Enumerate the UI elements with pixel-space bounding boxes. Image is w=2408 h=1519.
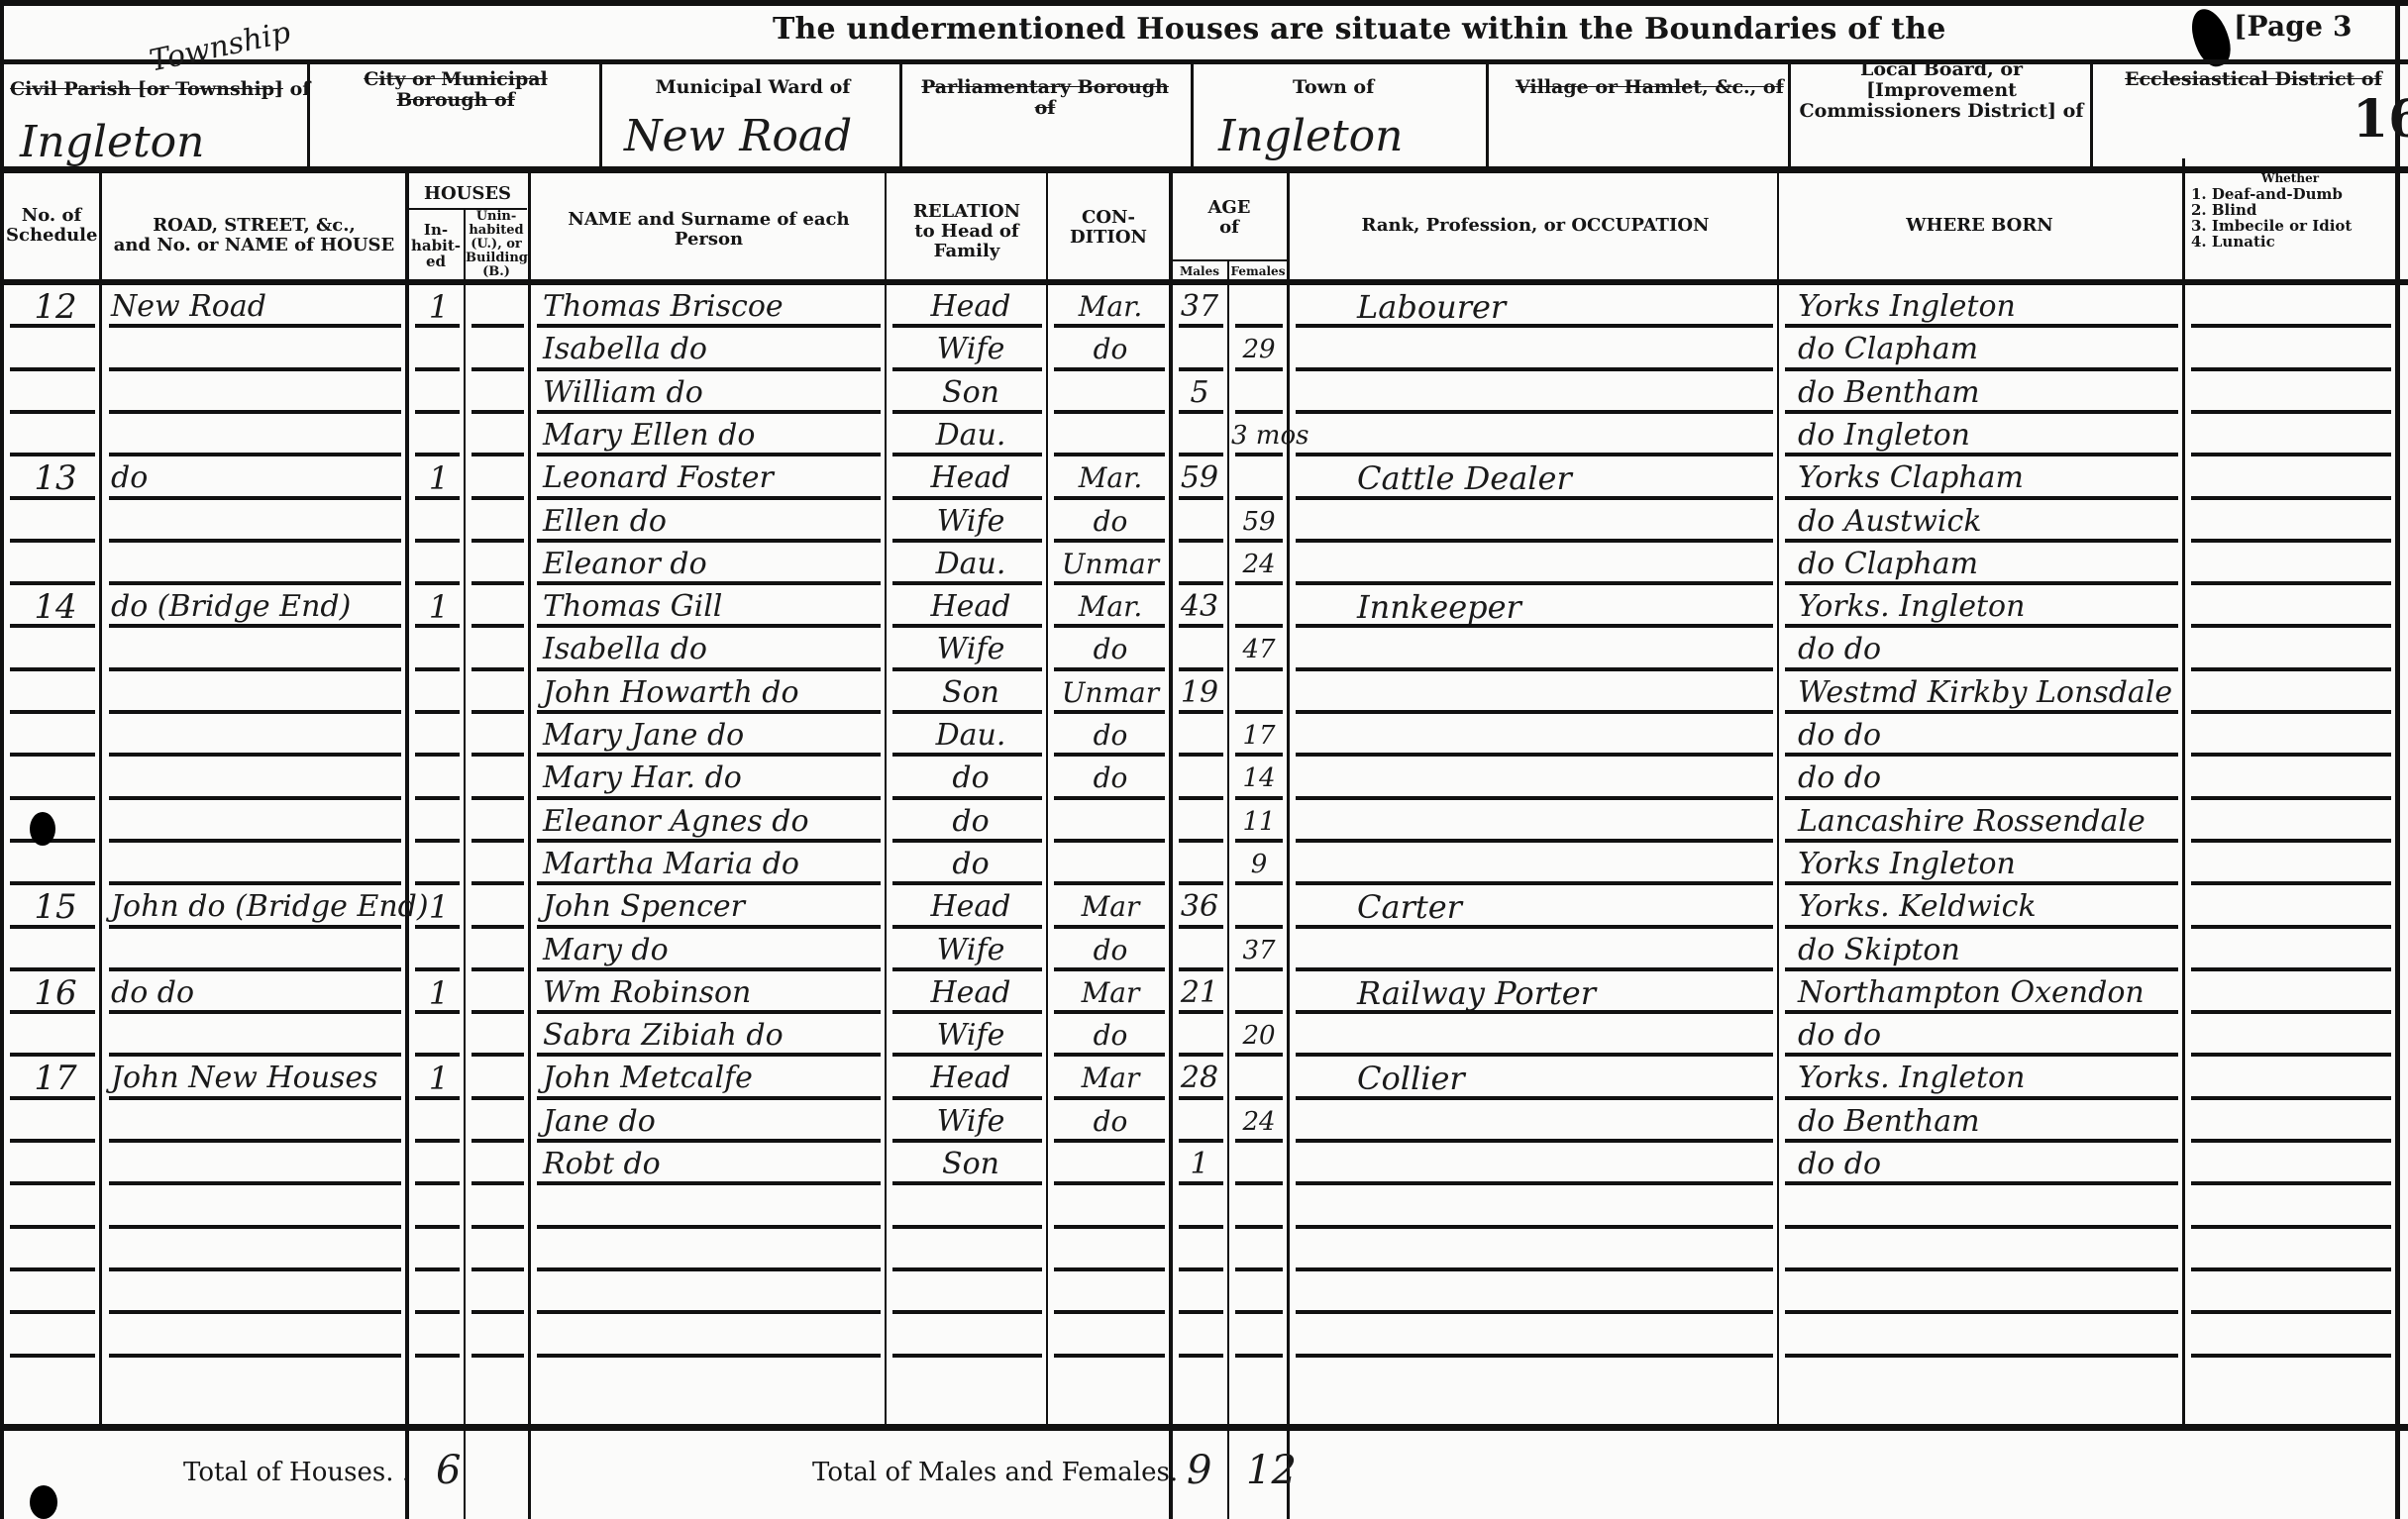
cell-female-age: 14 bbox=[1231, 759, 1287, 798]
cell-relation: Wife bbox=[896, 1102, 1045, 1142]
col-header-inhabited: In-habit-ed bbox=[408, 222, 464, 269]
row-rule bbox=[415, 710, 460, 714]
row-rule bbox=[415, 1053, 460, 1057]
row-rule bbox=[109, 1181, 401, 1185]
cell-name: Mary do bbox=[543, 931, 885, 970]
row-rule bbox=[1054, 925, 1165, 929]
cell-born: Westmd Kirkby Lonsdale bbox=[1798, 673, 2179, 713]
row-rule bbox=[10, 925, 95, 929]
row-rule bbox=[2191, 624, 2391, 628]
cell-born: do Clapham bbox=[1798, 330, 2179, 369]
col-header-houses: HOUSES bbox=[408, 184, 527, 204]
row-rule bbox=[1054, 1310, 1165, 1314]
col-header-road: ROAD, STREET, &c.,and No. or NAME of HOU… bbox=[103, 216, 405, 255]
row-rule bbox=[471, 539, 524, 543]
row-rule bbox=[10, 1139, 95, 1143]
row-rule bbox=[1054, 796, 1165, 800]
cell-name: Thomas Briscoe bbox=[543, 287, 885, 327]
row-rule bbox=[2191, 410, 2391, 414]
cell-condition: Mar bbox=[1052, 1059, 1169, 1098]
cell-name: Ellen do bbox=[543, 502, 885, 542]
row-rule bbox=[1235, 925, 1283, 929]
cell-female-age: 24 bbox=[1231, 545, 1287, 584]
cell-relation: Wife bbox=[896, 502, 1045, 542]
row-rule bbox=[415, 1225, 460, 1229]
row-rule bbox=[1785, 1096, 2178, 1100]
cell-male-age: 43 bbox=[1174, 587, 1225, 627]
cell-road: John New Houses bbox=[111, 1059, 403, 1098]
header-divider bbox=[2090, 61, 2093, 170]
row-rule bbox=[2191, 1310, 2391, 1314]
cell-female-age: 37 bbox=[1231, 931, 1287, 970]
col-divider bbox=[99, 173, 102, 1426]
row-rule bbox=[471, 667, 524, 671]
row-rule bbox=[2191, 581, 2391, 585]
col-header-schedule: No. ofSchedule bbox=[6, 206, 97, 246]
row-rule bbox=[537, 581, 881, 585]
row-rule bbox=[415, 796, 460, 800]
row-rule bbox=[415, 367, 460, 371]
row-rule bbox=[1054, 967, 1165, 971]
row-rule bbox=[415, 624, 460, 628]
col-header-whether: Whether 1. Deaf-and-Dumb 2. Blind 3. Imb… bbox=[2191, 170, 2389, 250]
cell-male-age: 28 bbox=[1174, 1059, 1225, 1098]
cell-name: Isabella do bbox=[543, 330, 885, 369]
row-rule bbox=[471, 1354, 524, 1358]
col-divider bbox=[1227, 259, 1229, 1519]
row-rule bbox=[1179, 1053, 1223, 1057]
row-rule bbox=[10, 539, 95, 543]
row-rule bbox=[109, 367, 401, 371]
row-rule bbox=[1785, 839, 2178, 843]
row-rule bbox=[471, 624, 524, 628]
header-box-bottom-border bbox=[0, 166, 2408, 173]
row-rule bbox=[109, 496, 401, 500]
row-rule bbox=[1296, 881, 1773, 885]
row-rule bbox=[1054, 1225, 1165, 1229]
cell-occupation: Cattle Dealer bbox=[1357, 458, 1773, 498]
row-rule bbox=[109, 453, 401, 456]
cell-born: do Bentham bbox=[1798, 1102, 2179, 1142]
col-header-line: Person bbox=[533, 230, 885, 250]
row-rule bbox=[471, 1267, 524, 1271]
row-rule bbox=[1179, 581, 1223, 585]
row-rule bbox=[537, 539, 881, 543]
age-divider bbox=[1172, 259, 1287, 261]
row-rule bbox=[1054, 410, 1165, 414]
ink-blot bbox=[30, 1485, 57, 1519]
row-rule bbox=[471, 796, 524, 800]
row-rule bbox=[892, 1139, 1042, 1143]
cell-female-age: 29 bbox=[1231, 330, 1287, 369]
row-rule bbox=[892, 1181, 1042, 1185]
row-rule bbox=[537, 1096, 881, 1100]
col-divider bbox=[1046, 173, 1048, 1426]
row-rule bbox=[1179, 1010, 1223, 1014]
row-rule bbox=[1785, 367, 2178, 371]
total-males-value: 9 bbox=[1187, 1448, 1211, 1493]
row-rule bbox=[537, 753, 881, 757]
row-rule bbox=[1235, 839, 1283, 843]
cell-schedule: 14 bbox=[14, 587, 97, 627]
row-rule bbox=[109, 753, 401, 757]
municipal-ward-label: Municipal Ward of bbox=[624, 77, 882, 98]
row-rule bbox=[471, 839, 524, 843]
cell-condition: do bbox=[1052, 931, 1169, 970]
row-rule bbox=[892, 967, 1042, 971]
row-rule bbox=[1785, 667, 2178, 671]
cell-born: do do bbox=[1798, 1016, 2179, 1056]
row-rule bbox=[1235, 410, 1283, 414]
row-rule bbox=[10, 1225, 95, 1229]
row-rule bbox=[1296, 324, 1773, 328]
cell-condition: Mar. bbox=[1052, 287, 1169, 327]
cell-born: do do bbox=[1798, 716, 2179, 756]
row-rule bbox=[1785, 581, 2178, 585]
row-rule bbox=[109, 667, 401, 671]
col-divider bbox=[885, 173, 887, 1426]
row-rule bbox=[415, 453, 460, 456]
row-rule bbox=[537, 410, 881, 414]
row-rule bbox=[10, 1053, 95, 1057]
row-rule bbox=[10, 881, 95, 885]
row-rule bbox=[1054, 496, 1165, 500]
row-rule bbox=[1054, 324, 1165, 328]
row-rule bbox=[537, 967, 881, 971]
cell-male-age: 36 bbox=[1174, 887, 1225, 927]
row-rule bbox=[2191, 1181, 2391, 1185]
row-rule bbox=[471, 1310, 524, 1314]
cell-female-age: 9 bbox=[1231, 845, 1287, 884]
cell-name: Eleanor Agnes do bbox=[543, 802, 885, 842]
row-rule bbox=[415, 967, 460, 971]
row-rule bbox=[892, 753, 1042, 757]
row-rule bbox=[1296, 925, 1773, 929]
cell-relation: Son bbox=[896, 373, 1045, 413]
row-rule bbox=[1054, 839, 1165, 843]
row-rule bbox=[1235, 1354, 1283, 1358]
row-rule bbox=[109, 1096, 401, 1100]
row-rule bbox=[1785, 1139, 2178, 1143]
row-rule bbox=[471, 453, 524, 456]
cell-born: Yorks. Ingleton bbox=[1798, 587, 2179, 627]
row-rule bbox=[471, 367, 524, 371]
row-rule bbox=[1296, 839, 1773, 843]
row-rule bbox=[1296, 1310, 1773, 1314]
row-rule bbox=[1296, 1139, 1773, 1143]
row-rule bbox=[1179, 881, 1223, 885]
cell-condition: Unmar bbox=[1052, 673, 1169, 713]
cell-road: do bbox=[111, 458, 403, 498]
cell-inhabited: 1 bbox=[416, 973, 462, 1013]
cell-born: Yorks Ingleton bbox=[1798, 287, 2179, 327]
cell-schedule: 16 bbox=[14, 973, 97, 1013]
col-header-uninhabited: Unin-habited(U.), orBuilding(B.) bbox=[466, 210, 527, 279]
row-rule bbox=[109, 796, 401, 800]
cell-relation: Wife bbox=[896, 330, 1045, 369]
row-rule bbox=[1235, 1010, 1283, 1014]
row-rule bbox=[1235, 581, 1283, 585]
row-rule bbox=[109, 1139, 401, 1143]
cell-name: Leonard Foster bbox=[543, 458, 885, 498]
row-rule bbox=[2191, 496, 2391, 500]
header-divider bbox=[1788, 61, 1791, 170]
col-header-line: Whether bbox=[2191, 170, 2389, 186]
row-rule bbox=[537, 1354, 881, 1358]
row-rule bbox=[2191, 1225, 2391, 1229]
cell-born: do do bbox=[1798, 1145, 2179, 1184]
row-rule bbox=[109, 881, 401, 885]
row-rule bbox=[892, 624, 1042, 628]
row-rule bbox=[471, 1010, 524, 1014]
row-rule bbox=[415, 881, 460, 885]
row-rule bbox=[1235, 1096, 1283, 1100]
row-rule bbox=[1785, 624, 2178, 628]
row-rule bbox=[892, 453, 1042, 456]
col-header-line: 1. Deaf-and-Dumb bbox=[2191, 186, 2389, 202]
cell-male-age: 19 bbox=[1174, 673, 1225, 713]
row-rule bbox=[1296, 581, 1773, 585]
total-persons-label: Total of Males and Females. . bbox=[812, 1458, 1195, 1487]
row-rule bbox=[892, 710, 1042, 714]
cell-born: Northampton Oxendon bbox=[1798, 973, 2179, 1013]
cell-born: do Bentham bbox=[1798, 373, 2179, 413]
row-rule bbox=[537, 839, 881, 843]
row-rule bbox=[471, 1053, 524, 1057]
cell-condition: Mar. bbox=[1052, 458, 1169, 498]
row-rule bbox=[10, 496, 95, 500]
cell-name: Mary Har. do bbox=[543, 759, 885, 798]
row-rule bbox=[1179, 1310, 1223, 1314]
row-rule bbox=[1235, 324, 1283, 328]
row-rule bbox=[10, 410, 95, 414]
cell-name: Isabella do bbox=[543, 630, 885, 669]
row-rule bbox=[1235, 881, 1283, 885]
col-header-line: DITION bbox=[1048, 228, 1169, 248]
row-rule bbox=[10, 967, 95, 971]
cell-schedule: 17 bbox=[14, 1059, 97, 1098]
col-header-line: Schedule bbox=[6, 226, 97, 246]
row-rule bbox=[10, 753, 95, 757]
row-rule bbox=[1296, 367, 1773, 371]
cell-inhabited: 1 bbox=[416, 587, 462, 627]
row-rule bbox=[1296, 1225, 1773, 1229]
col-header-line: CON- bbox=[1048, 208, 1169, 228]
row-rule bbox=[10, 1267, 95, 1271]
left-border bbox=[0, 0, 4, 1519]
col-header-name: NAME and Surname of eachPerson bbox=[533, 210, 885, 250]
cell-road: New Road bbox=[111, 287, 403, 327]
row-rule bbox=[1785, 324, 2178, 328]
cell-born: Yorks. Keldwick bbox=[1798, 887, 2179, 927]
municipal-borough-label: City or Municipal Borough of bbox=[327, 69, 584, 111]
row-rule bbox=[415, 839, 460, 843]
cell-inhabited: 1 bbox=[416, 287, 462, 327]
row-rule bbox=[10, 367, 95, 371]
cell-condition: Mar. bbox=[1052, 587, 1169, 627]
row-rule bbox=[1785, 496, 2178, 500]
header-divider bbox=[599, 61, 602, 170]
row-rule bbox=[1235, 1139, 1283, 1143]
row-rule bbox=[1235, 1225, 1283, 1229]
row-rule bbox=[1785, 1267, 2178, 1271]
census-page: The undermentioned Houses are situate wi… bbox=[0, 0, 2408, 1519]
col-header-line: ed bbox=[408, 253, 464, 269]
row-rule bbox=[1179, 925, 1223, 929]
cell-name: John Howarth do bbox=[543, 673, 885, 713]
cell-occupation: Railway Porter bbox=[1357, 973, 1773, 1013]
row-rule bbox=[892, 1010, 1042, 1014]
col-header-line: 4. Lunatic bbox=[2191, 234, 2389, 250]
row-rule bbox=[109, 410, 401, 414]
row-rule bbox=[892, 496, 1042, 500]
row-rule bbox=[1235, 710, 1283, 714]
cell-schedule: 15 bbox=[14, 887, 97, 927]
row-rule bbox=[1785, 410, 2178, 414]
cell-name: Thomas Gill bbox=[543, 587, 885, 627]
row-rule bbox=[2191, 453, 2391, 456]
row-rule bbox=[1785, 1010, 2178, 1014]
row-rule bbox=[415, 581, 460, 585]
cell-born: do do bbox=[1798, 630, 2179, 669]
row-rule bbox=[892, 839, 1042, 843]
row-rule bbox=[2191, 1267, 2391, 1271]
row-rule bbox=[892, 410, 1042, 414]
row-rule bbox=[1235, 1181, 1283, 1185]
cell-born: Yorks Clapham bbox=[1798, 458, 2179, 498]
col-header-line: (B.) bbox=[466, 265, 527, 279]
cell-name: John Metcalfe bbox=[543, 1059, 885, 1098]
row-rule bbox=[10, 796, 95, 800]
col-header-line: No. of bbox=[6, 206, 97, 226]
row-rule bbox=[1785, 796, 2178, 800]
col-header-males: Males bbox=[1172, 263, 1227, 279]
row-rule bbox=[1296, 1096, 1773, 1100]
row-rule bbox=[1179, 1181, 1223, 1185]
row-rule bbox=[1179, 1267, 1223, 1271]
cell-relation: Wife bbox=[896, 931, 1045, 970]
col-header-line: of bbox=[1172, 218, 1287, 238]
row-rule bbox=[1785, 925, 2178, 929]
cell-female-age: 20 bbox=[1231, 1016, 1287, 1056]
cell-relation: Head bbox=[896, 973, 1045, 1013]
row-rule bbox=[10, 1310, 95, 1314]
row-rule bbox=[1785, 710, 2178, 714]
row-rule bbox=[537, 1225, 881, 1229]
row-rule bbox=[1296, 1267, 1773, 1271]
row-rule bbox=[892, 796, 1042, 800]
row-rule bbox=[892, 1096, 1042, 1100]
row-rule bbox=[2191, 881, 2391, 885]
row-rule bbox=[415, 1096, 460, 1100]
row-rule bbox=[1785, 539, 2178, 543]
row-rule bbox=[1785, 753, 2178, 757]
row-rule bbox=[1179, 624, 1223, 628]
row-rule bbox=[537, 710, 881, 714]
row-rule bbox=[892, 1267, 1042, 1271]
col-header-occupation: Rank, Profession, or OCCUPATION bbox=[1293, 216, 1778, 236]
cell-name: Wm Robinson bbox=[543, 973, 885, 1013]
col-divider bbox=[528, 173, 531, 1519]
row-rule bbox=[109, 539, 401, 543]
row-rule bbox=[2191, 967, 2391, 971]
ecclesiastical-district-label: Ecclesiastical District of bbox=[2125, 69, 2382, 90]
cell-relation: Dau. bbox=[896, 545, 1045, 584]
row-rule bbox=[109, 1267, 401, 1271]
cell-female-age: 24 bbox=[1231, 1102, 1287, 1142]
row-rule bbox=[471, 967, 524, 971]
col-header-line: to Head of bbox=[888, 222, 1046, 242]
row-rule bbox=[471, 925, 524, 929]
cell-name: John Spencer bbox=[543, 887, 885, 927]
col-header-line: ROAD, STREET, &c., bbox=[103, 216, 405, 236]
row-rule bbox=[1296, 539, 1773, 543]
row-rule bbox=[2191, 1096, 2391, 1100]
cell-relation: Dau. bbox=[896, 416, 1045, 456]
cell-condition: Unmar bbox=[1052, 545, 1169, 584]
col-divider bbox=[2182, 158, 2185, 1426]
cell-female-age: 17 bbox=[1231, 716, 1287, 756]
civil-parish-value: Ingleton bbox=[20, 117, 205, 167]
row-rule bbox=[1054, 1096, 1165, 1100]
row-rule bbox=[109, 624, 401, 628]
row-rule bbox=[415, 1010, 460, 1014]
cell-condition: do bbox=[1052, 1102, 1169, 1142]
cell-name: Sabra Zibiah do bbox=[543, 1016, 885, 1056]
row-rule bbox=[1235, 1310, 1283, 1314]
cell-road: John do (Bridge End) bbox=[111, 887, 403, 927]
row-rule bbox=[892, 1225, 1042, 1229]
row-rule bbox=[1296, 796, 1773, 800]
row-rule bbox=[415, 410, 460, 414]
row-rule bbox=[1296, 1181, 1773, 1185]
row-rule bbox=[537, 667, 881, 671]
village-label: Village or Hamlet, &c., of bbox=[1516, 77, 1784, 98]
row-rule bbox=[10, 710, 95, 714]
row-rule bbox=[537, 1181, 881, 1185]
row-rule bbox=[2191, 1139, 2391, 1143]
row-rule bbox=[415, 324, 460, 328]
row-rule bbox=[10, 1354, 95, 1358]
row-rule bbox=[10, 1181, 95, 1185]
row-rule bbox=[1054, 1354, 1165, 1358]
col-header-line: 3. Imbecile or Idiot bbox=[2191, 218, 2389, 234]
row-rule bbox=[892, 539, 1042, 543]
cell-relation: Wife bbox=[896, 630, 1045, 669]
row-rule bbox=[10, 453, 95, 456]
row-rule bbox=[415, 1354, 460, 1358]
row-rule bbox=[109, 581, 401, 585]
row-rule bbox=[471, 881, 524, 885]
row-rule bbox=[2191, 539, 2391, 543]
cell-female-age: 11 bbox=[1231, 802, 1287, 842]
civil-parish-label: Civil Parish [or Township] of bbox=[10, 79, 310, 100]
cell-condition: do bbox=[1052, 759, 1169, 798]
row-rule bbox=[109, 925, 401, 929]
cell-female-age: 59 bbox=[1231, 502, 1287, 542]
cell-schedule: 13 bbox=[14, 458, 97, 498]
page-number-label: [Page 3 bbox=[2234, 10, 2353, 43]
row-rule bbox=[1054, 881, 1165, 885]
row-rule bbox=[1179, 453, 1223, 456]
row-rule bbox=[1179, 967, 1223, 971]
row-rule bbox=[892, 324, 1042, 328]
row-rule bbox=[1054, 1267, 1165, 1271]
row-rule bbox=[415, 1139, 460, 1143]
cell-name: Mary Jane do bbox=[543, 716, 885, 756]
ink-blot bbox=[30, 812, 55, 846]
cell-condition: Mar bbox=[1052, 887, 1169, 927]
